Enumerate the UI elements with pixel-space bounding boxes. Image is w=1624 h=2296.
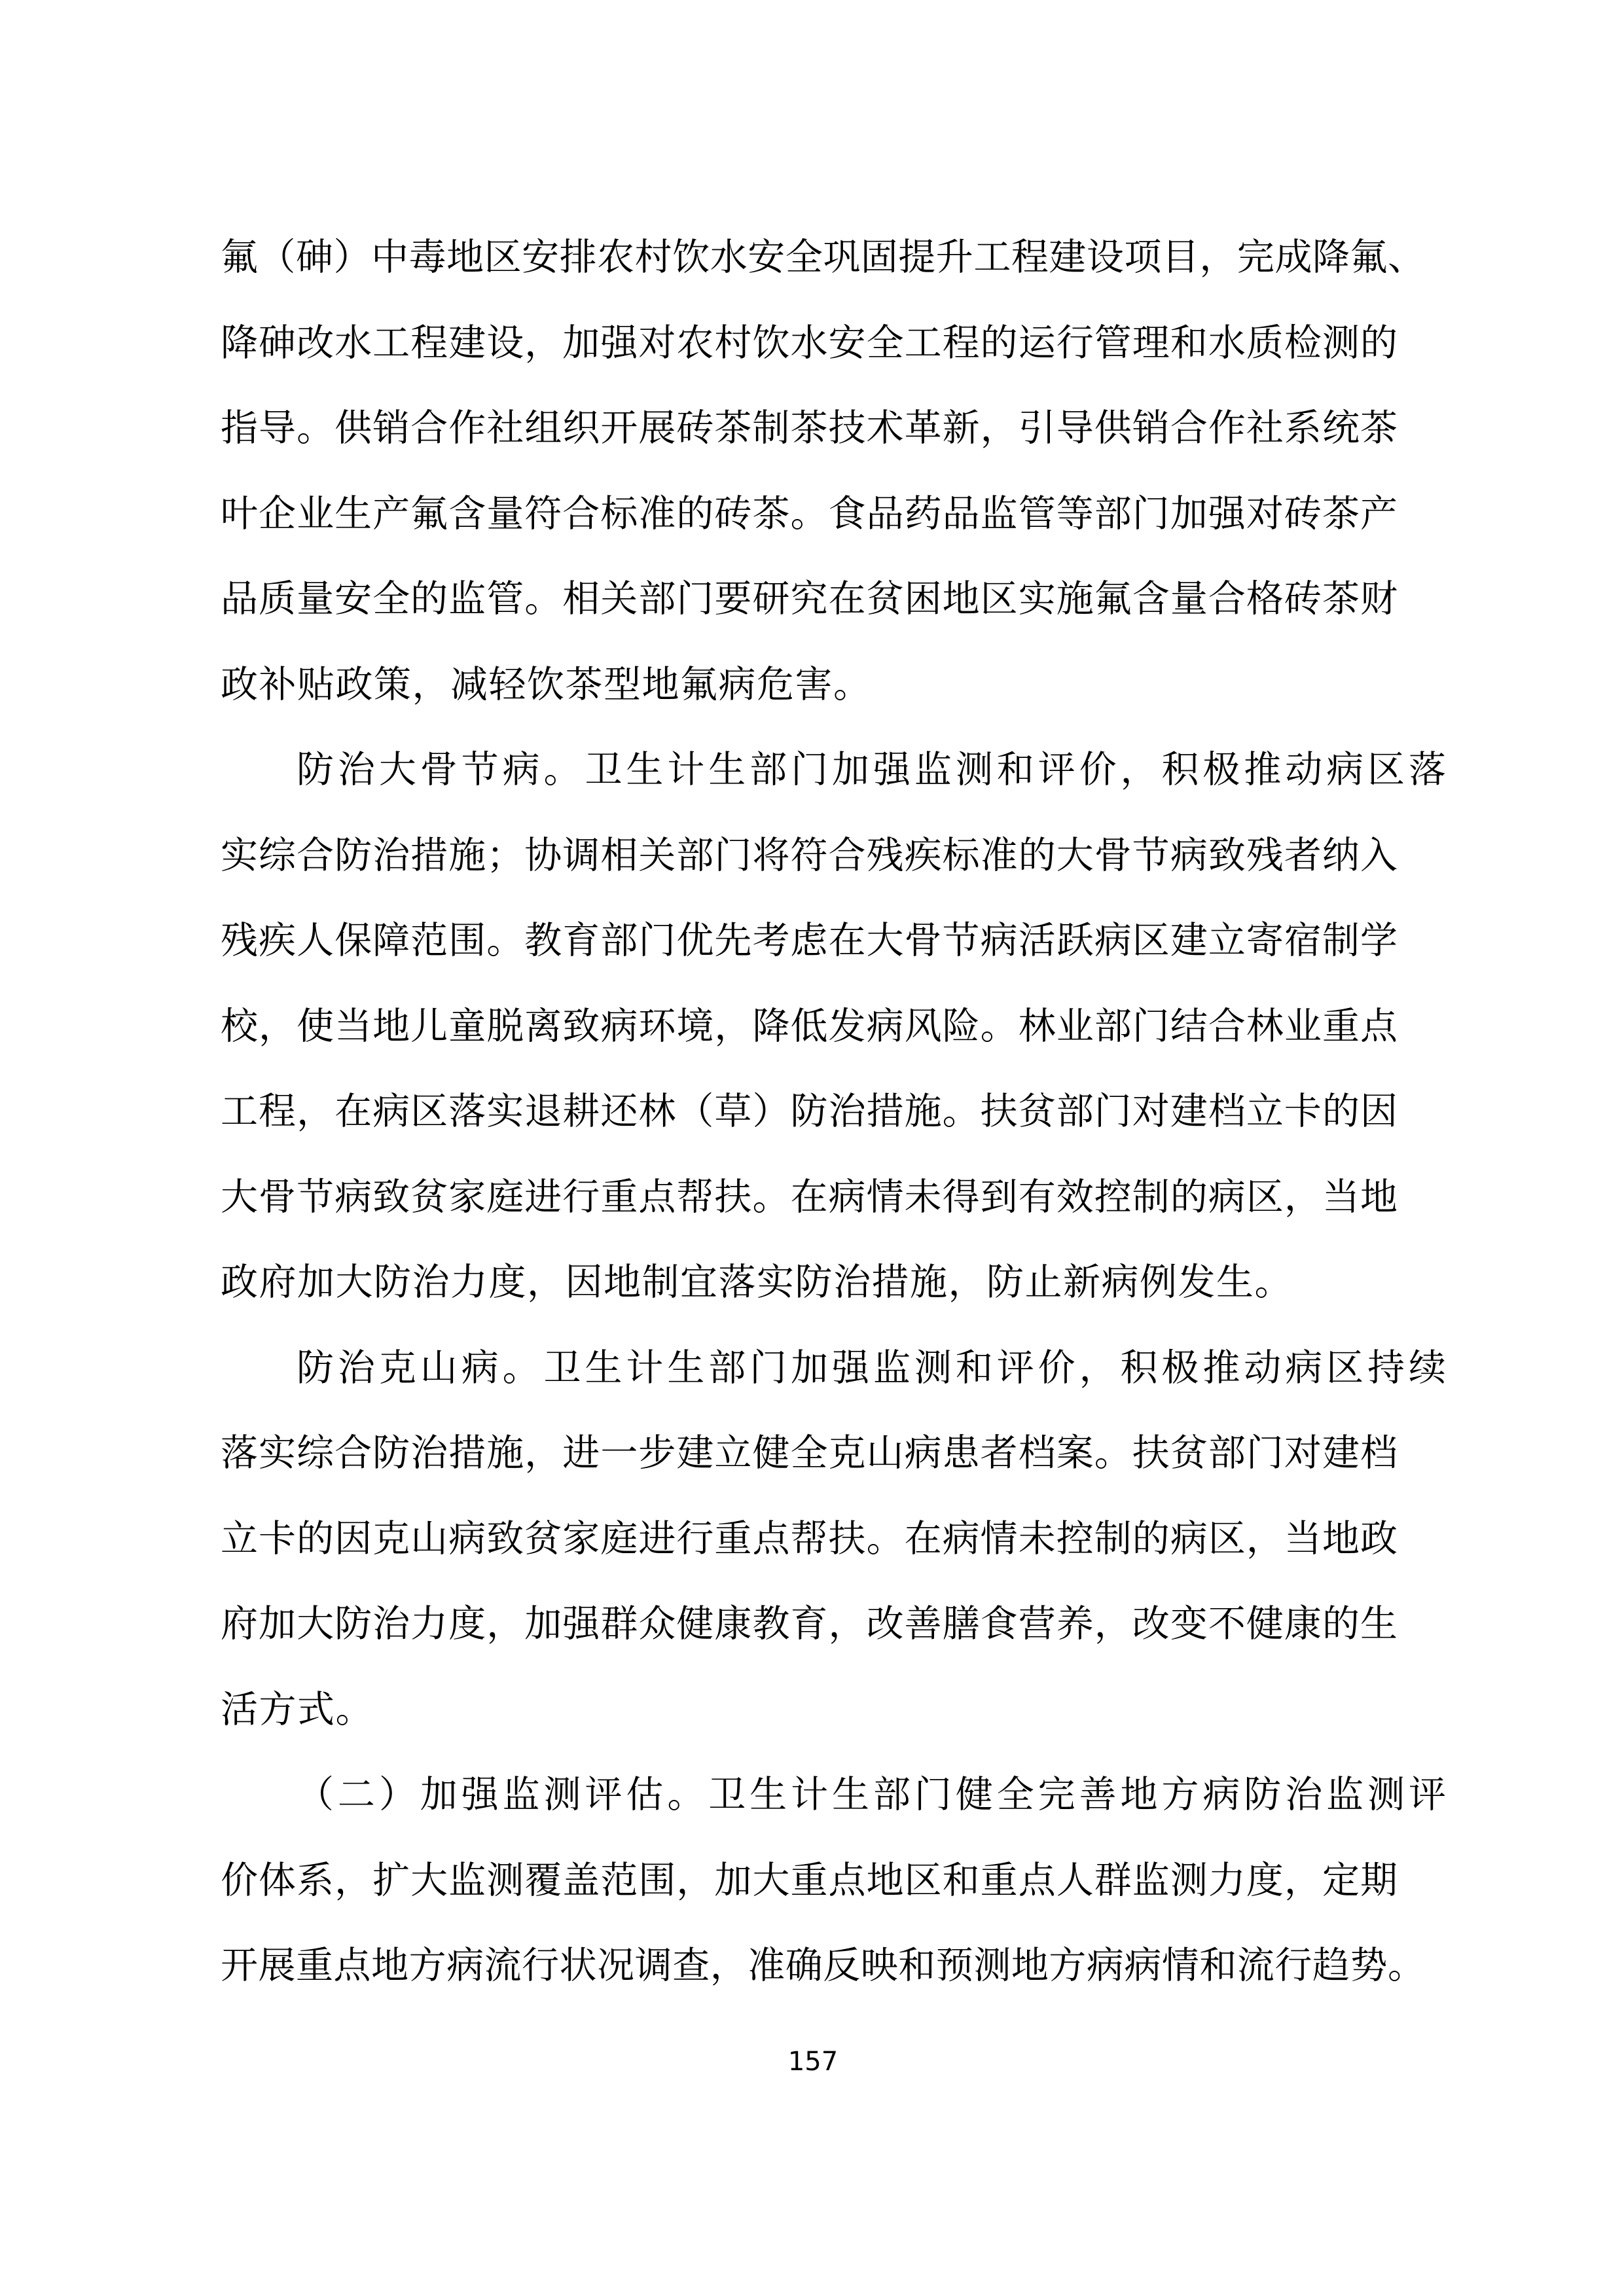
text-line: 降砷改水工程建设，加强对农村饮水安全工程的运行管理和水质检测的 xyxy=(221,300,1398,386)
page-number: 157 xyxy=(780,2046,846,2077)
text-line: 氟（砷）中毒地区安排农村饮水安全巩固提升工程建设项目，完成降氟、 xyxy=(221,215,1425,300)
paragraph-monitoring: （二）加强监测评估。卫生计生部门健全完善地方病防治监测评 价体系，扩大监测覆盖范… xyxy=(221,1752,1398,2009)
text-line-first: 防治克山病。卫生计生部门加强监测和评价，积极推动病区持续 xyxy=(221,1325,1446,1411)
text-line: 政补贴政策，减轻饮茶型地氟病危害。 xyxy=(221,642,1398,728)
text-line: 立卡的因克山病致贫家庭进行重点帮扶。在病情未控制的病区，当地政 xyxy=(221,1496,1398,1582)
text-line: 残疾人保障范围。教育部门优先考虑在大骨节病活跃病区建立寄宿制学 xyxy=(221,898,1398,984)
text-line: 落实综合防治措施，进一步建立健全克山病患者档案。扶贫部门对建档 xyxy=(221,1410,1398,1496)
document-page: 氟（砷）中毒地区安排农村饮水安全巩固提升工程建设项目，完成降氟、 降砷改水工程建… xyxy=(0,0,1624,2296)
text-line: 指导。供销合作社组织开展砖茶制茶技术革新，引导供销合作社系统茶 xyxy=(221,386,1398,471)
paragraph-kashin-beck: 防治大骨节病。卫生计生部门加强监测和评价，积极推动病区落 实综合防治措施；协调相… xyxy=(221,727,1398,1325)
text-line: 价体系，扩大监测覆盖范围，加大重点地区和重点人群监测力度，定期 xyxy=(221,1838,1398,1924)
text-line-first: （二）加强监测评估。卫生计生部门健全完善地方病防治监测评 xyxy=(221,1752,1446,1838)
body-text: 氟（砷）中毒地区安排农村饮水安全巩固提升工程建设项目，完成降氟、 降砷改水工程建… xyxy=(221,215,1398,2009)
text-line-first: 防治大骨节病。卫生计生部门加强监测和评价，积极推动病区落 xyxy=(221,727,1446,813)
text-line: 实综合防治措施；协调相关部门将符合残疾标准的大骨节病致残者纳入 xyxy=(221,813,1398,899)
paragraph-keshan: 防治克山病。卫生计生部门加强监测和评价，积极推动病区持续 落实综合防治措施，进一… xyxy=(221,1325,1398,1753)
text-line: 品质量安全的监管。相关部门要研究在贫困地区实施氟含量合格砖茶财 xyxy=(221,556,1398,642)
text-line: 大骨节病致贫家庭进行重点帮扶。在病情未得到有效控制的病区，当地 xyxy=(221,1155,1398,1240)
text-line: 活方式。 xyxy=(221,1667,1398,1753)
text-line: 校，使当地儿童脱离致病环境，降低发病风险。林业部门结合林业重点 xyxy=(221,984,1398,1069)
text-line: 叶企业生产氟含量符合标准的砖茶。食品药品监管等部门加强对砖茶产 xyxy=(221,471,1398,557)
text-line: 工程，在病区落实退耕还林（草）防治措施。扶贫部门对建档立卡的因 xyxy=(221,1069,1398,1155)
text-line: 开展重点地方病流行状况调查，准确反映和预测地方病病情和流行趋势。 xyxy=(221,1923,1425,2009)
text-line: 政府加大防治力度，因地制宜落实防治措施，防止新病例发生。 xyxy=(221,1240,1398,1325)
text-line: 府加大防治力度，加强群众健康教育，改善膳食营养，改变不健康的生 xyxy=(221,1581,1398,1667)
paragraph-fluorosis-continued: 氟（砷）中毒地区安排农村饮水安全巩固提升工程建设项目，完成降氟、 降砷改水工程建… xyxy=(221,215,1398,727)
